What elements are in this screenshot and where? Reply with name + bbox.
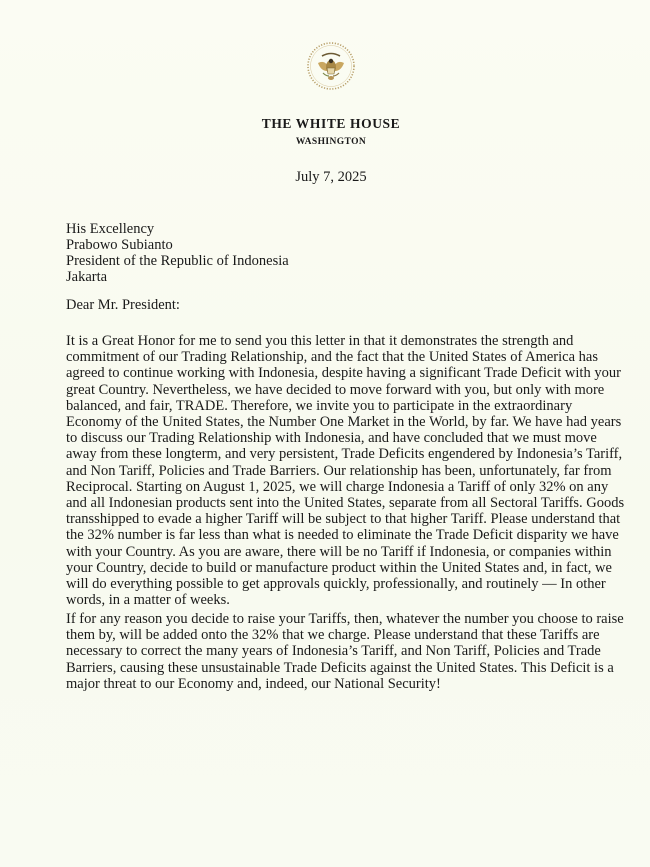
body-line: your Country, decide to build or manufac… (66, 560, 626, 576)
letterhead-title: THE WHITE HOUSE (0, 116, 650, 132)
body-line: If for any reason you decide to raise yo… (66, 611, 626, 627)
letterhead-subtitle: WASHINGTON (0, 137, 650, 147)
body-line: great Country. Nevertheless, we have dec… (66, 382, 626, 398)
letter-page: THE WHITE HOUSE WASHINGTON July 7, 2025 … (0, 0, 650, 867)
body-paragraph: If for any reason you decide to raise yo… (66, 611, 626, 692)
body-line: Economy of the United States, the Number… (66, 414, 626, 430)
body-line: agreed to continue working with Indonesi… (66, 365, 626, 381)
body-line: commitment of our Trading Relationship, … (66, 349, 626, 365)
body-line: transshipped to evade a higher Tariff wi… (66, 511, 626, 527)
body-line: necessary to correct the many years of I… (66, 643, 626, 659)
body-line: with your Country. As you are aware, the… (66, 544, 626, 560)
body-line: to discuss our Trading Relationship with… (66, 430, 626, 446)
body-line: and all Indonesian products sent into th… (66, 495, 626, 511)
recipient-line: Prabowo Subianto (66, 237, 289, 253)
body-line: major threat to our Economy and, indeed,… (66, 676, 626, 692)
recipient-line: President of the Republic of Indonesia (66, 253, 289, 269)
body-line: and Non Tariff, Policies and Trade Barri… (66, 463, 626, 479)
letter-date: July 7, 2025 (0, 169, 650, 186)
body-line: them by, will be added onto the 32% that… (66, 627, 626, 643)
body-line: balanced, and fair, TRADE. Therefore, we… (66, 398, 626, 414)
body-line: Barriers, causing these unsustainable Tr… (66, 660, 626, 676)
body-line: will do everything possible to get appro… (66, 576, 626, 592)
body-line: Reciprocal. Starting on August 1, 2025, … (66, 479, 626, 495)
recipient-address: His Excellency Prabowo Subianto Presiden… (66, 221, 289, 285)
presidential-seal-icon (306, 41, 356, 91)
body-paragraph: It is a Great Honor for me to send you t… (66, 333, 626, 608)
body-line: away from these longterm, and very persi… (66, 446, 626, 462)
body-line: the 32% number is far less than what is … (66, 527, 626, 543)
salutation: Dear Mr. President: (66, 297, 180, 314)
recipient-line: His Excellency (66, 221, 289, 237)
recipient-line: Jakarta (66, 269, 289, 285)
body-line: words, in a matter of weeks. (66, 592, 626, 608)
body-line: It is a Great Honor for me to send you t… (66, 333, 626, 349)
